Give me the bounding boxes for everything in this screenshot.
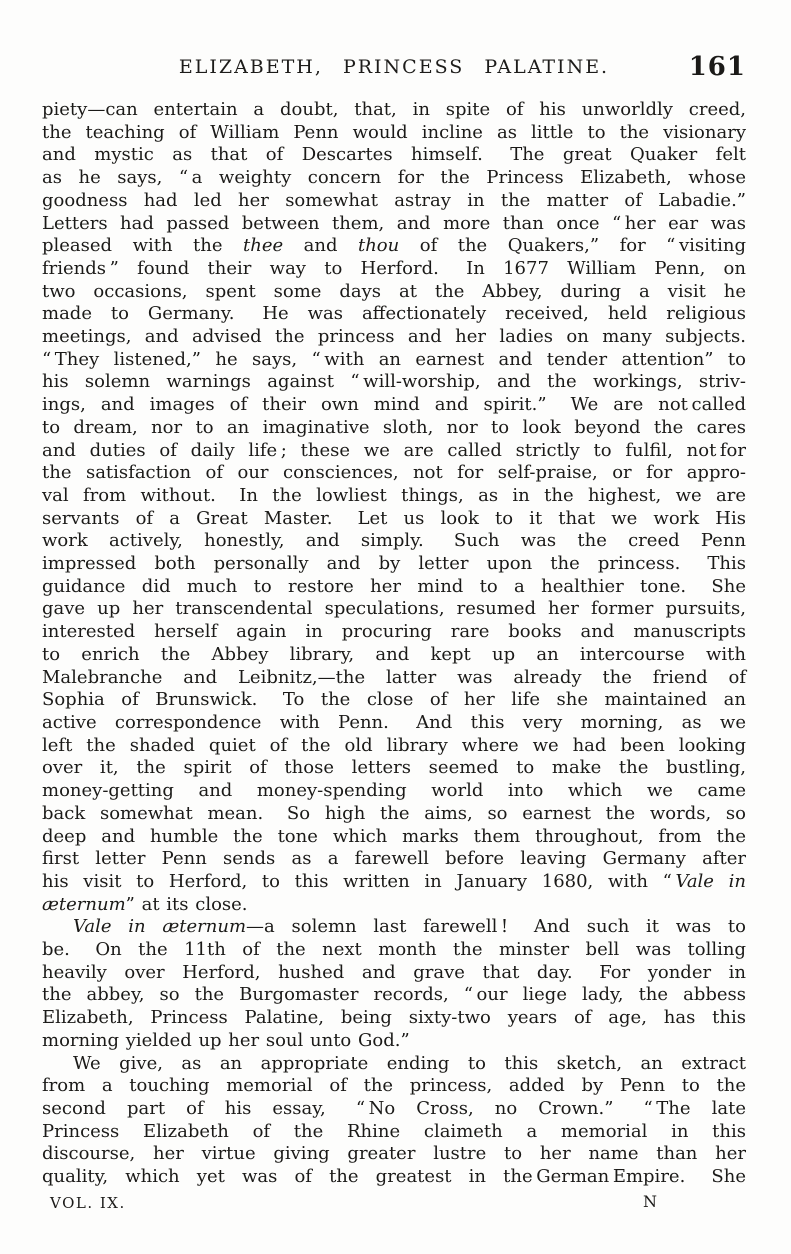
text-segment: left the shaded quiet of the old library… [42, 735, 746, 756]
text-line: Malebranche and Leibnitz,—the latter was… [42, 667, 746, 690]
text-segment: the teaching of William Penn would incli… [42, 122, 746, 143]
text-segment: ings, and images of their own mind and s… [42, 394, 746, 415]
text-line: first letter Penn sends as a farewell be… [42, 848, 746, 871]
text-segment: Princess Elizabeth of the Rhine claimeth… [42, 1121, 746, 1142]
text-segment: deep and humble the tone which marks the… [42, 826, 746, 847]
text-segment: active correspondence with Penn. And thi… [42, 712, 746, 733]
text-segment: second part of his essay, “ No Cross, no… [42, 1098, 746, 1119]
text-line: servants of a Great Master. Let us look … [42, 508, 746, 531]
text-line: as he says, “ a weighty concern for the … [42, 167, 746, 190]
signature-mark: N [643, 1192, 658, 1211]
page-number: 161 [689, 52, 746, 82]
text-line: active correspondence with Penn. And thi… [42, 712, 746, 735]
text-segment: pleased with the [42, 235, 243, 256]
text-line: work actively, honestly, and simply. Suc… [42, 530, 746, 553]
text-segment: the abbey, so the Burgomaster records, “… [42, 984, 746, 1005]
text-segment: We give, as an appropriate ending to thi… [73, 1053, 746, 1074]
text-line: “ They listened,” he says, “ with an ear… [42, 349, 746, 372]
text-segment: from a touching memorial of the princess… [42, 1075, 746, 1096]
text-line: gave up her transcendental speculations,… [42, 598, 746, 621]
text-segment: piety—can entertain a doubt, that, in sp… [42, 99, 746, 120]
text-line: be. On the 11th of the next month the mi… [42, 939, 746, 962]
text-segment: back somewhat mean. So high the aims, so… [42, 803, 746, 824]
text-line: Vale in æternum—a solemn last farewell !… [42, 916, 746, 939]
text-line: and mystic as that of Descartes himself.… [42, 144, 746, 167]
text-segment: and mystic as that of Descartes himself.… [42, 144, 746, 165]
text-segment: meetings, and advised the princess and h… [42, 326, 746, 347]
italic-text: thee [243, 235, 283, 256]
book-page: ELIZABETH, PRINCESS PALATINE. 161 piety—… [0, 0, 791, 1254]
text-segment: morning yielded up her soul unto God.” [42, 1030, 410, 1051]
text-segment: impressed both personally and by letter … [42, 553, 746, 574]
text-line: money-getting and money-spending world i… [42, 780, 746, 803]
text-segment: over it, the spirit of those letters see… [42, 757, 746, 778]
text-segment: “ They listened,” he says, “ with an ear… [42, 349, 746, 370]
text-segment: of the Quakers,” for “ visiting [399, 235, 746, 256]
italic-text: thou [358, 235, 399, 256]
text-line: meetings, and advised the princess and h… [42, 326, 746, 349]
text-line: discourse, her virtue giving greater lus… [42, 1143, 746, 1166]
text-line: his solemn warnings against “ will-worsh… [42, 371, 746, 394]
text-line: heavily over Herford, hushed and grave t… [42, 962, 746, 985]
text-segment: and duties of daily life ; these we are … [42, 440, 746, 461]
text-segment: his solemn warnings against “ will-worsh… [42, 371, 746, 392]
text-line: made to Germany. He was affectionately r… [42, 303, 746, 326]
page-body: piety—can entertain a doubt, that, in sp… [42, 99, 746, 1189]
text-segment: his visit to Herford, to this written in… [42, 871, 675, 892]
text-line: val from without. In the lowliest things… [42, 485, 746, 508]
text-line: Princess Elizabeth of the Rhine claimeth… [42, 1121, 746, 1144]
text-segment: guidance did much to restore her mind to… [42, 576, 746, 597]
text-line: impressed both personally and by letter … [42, 553, 746, 576]
text-segment: made to Germany. He was affectionately r… [42, 303, 746, 324]
volume-label: VOL. IX. [50, 1194, 126, 1212]
text-line: left the shaded quiet of the old library… [42, 735, 746, 758]
text-segment: the satisfaction of our consciences, not… [42, 462, 746, 483]
text-line: from a touching memorial of the princess… [42, 1075, 746, 1098]
text-line: ings, and images of their own mind and s… [42, 394, 746, 417]
text-segment: —a solemn last farewell ! And such it wa… [246, 916, 746, 937]
text-segment: interested herself again in procuring ra… [42, 621, 746, 642]
text-segment: val from without. In the lowliest things… [42, 485, 746, 506]
text-segment: to dream, nor to an imaginative sloth, n… [42, 417, 746, 438]
text-line: deep and humble the tone which marks the… [42, 826, 746, 849]
italic-text: æternum [42, 894, 126, 915]
text-line: to enrich the Abbey library, and kept up… [42, 644, 746, 667]
text-line: interested herself again in procuring ra… [42, 621, 746, 644]
italic-text: Vale in [675, 871, 746, 892]
text-segment: discourse, her virtue giving greater lus… [42, 1143, 746, 1164]
text-line: Letters had passed between them, and mor… [42, 213, 746, 236]
text-line: and duties of daily life ; these we are … [42, 440, 746, 463]
text-line: quality, which yet was of the greatest i… [42, 1166, 746, 1189]
text-segment: Letters had passed between them, and mor… [42, 213, 746, 234]
text-segment: to enrich the Abbey library, and kept up… [42, 644, 746, 665]
text-segment: two occasions, spent some days at the Ab… [42, 281, 746, 302]
text-segment: servants of a Great Master. Let us look … [42, 508, 746, 529]
text-line: the satisfaction of our consciences, not… [42, 462, 746, 485]
text-segment: money-getting and money-spending world i… [42, 780, 746, 801]
paragraph: piety—can entertain a doubt, that, in sp… [42, 99, 746, 916]
text-segment: heavily over Herford, hushed and grave t… [42, 962, 746, 983]
text-line: back somewhat mean. So high the aims, so… [42, 803, 746, 826]
text-segment: as he says, “ a weighty concern for the … [42, 167, 746, 188]
text-line: æternum” at its close. [42, 894, 746, 917]
text-line: piety—can entertain a doubt, that, in sp… [42, 99, 746, 122]
text-segment: quality, which yet was of the greatest i… [42, 1166, 746, 1187]
text-line: goodness had led her somewhat astray in … [42, 190, 746, 213]
paragraph: We give, as an appropriate ending to thi… [42, 1053, 746, 1189]
text-segment: and [283, 235, 358, 256]
text-line: friends ” found their way to Herford. In… [42, 258, 746, 281]
running-head: ELIZABETH, PRINCESS PALATINE. 161 [42, 56, 746, 84]
text-line: two occasions, spent some days at the Ab… [42, 281, 746, 304]
text-segment: goodness had led her somewhat astray in … [42, 190, 746, 211]
text-line: We give, as an appropriate ending to thi… [42, 1053, 746, 1076]
text-line: Elizabeth, Princess Palatine, being sixt… [42, 1007, 746, 1030]
text-segment: be. On the 11th of the next month the mi… [42, 939, 746, 960]
text-line: Sophia of Brunswick. To the close of her… [42, 689, 746, 712]
text-line: over it, the spirit of those letters see… [42, 757, 746, 780]
text-segment: work actively, honestly, and simply. Suc… [42, 530, 746, 551]
text-line: morning yielded up her soul unto God.” [42, 1030, 746, 1053]
text-line: guidance did much to restore her mind to… [42, 576, 746, 599]
text-segment: friends ” found their way to Herford. In… [42, 258, 746, 279]
paragraph: Vale in æternum—a solemn last farewell !… [42, 916, 746, 1052]
italic-text: Vale in æternum [73, 916, 246, 937]
text-segment: Malebranche and Leibnitz,—the latter was… [42, 667, 746, 688]
text-line: to dream, nor to an imaginative sloth, n… [42, 417, 746, 440]
text-segment: Elizabeth, Princess Palatine, being sixt… [42, 1007, 746, 1028]
text-line: his visit to Herford, to this written in… [42, 871, 746, 894]
text-segment: ” at its close. [126, 894, 248, 915]
text-line: the teaching of William Penn would incli… [42, 122, 746, 145]
text-segment: first letter Penn sends as a farewell be… [42, 848, 746, 869]
text-line: pleased with the thee and thou of the Qu… [42, 235, 746, 258]
page-title: ELIZABETH, PRINCESS PALATINE. [42, 56, 746, 78]
text-line: second part of his essay, “ No Cross, no… [42, 1098, 746, 1121]
text-segment: Sophia of Brunswick. To the close of her… [42, 689, 746, 710]
text-line: the abbey, so the Burgomaster records, “… [42, 984, 746, 1007]
text-segment: gave up her transcendental speculations,… [42, 598, 746, 619]
